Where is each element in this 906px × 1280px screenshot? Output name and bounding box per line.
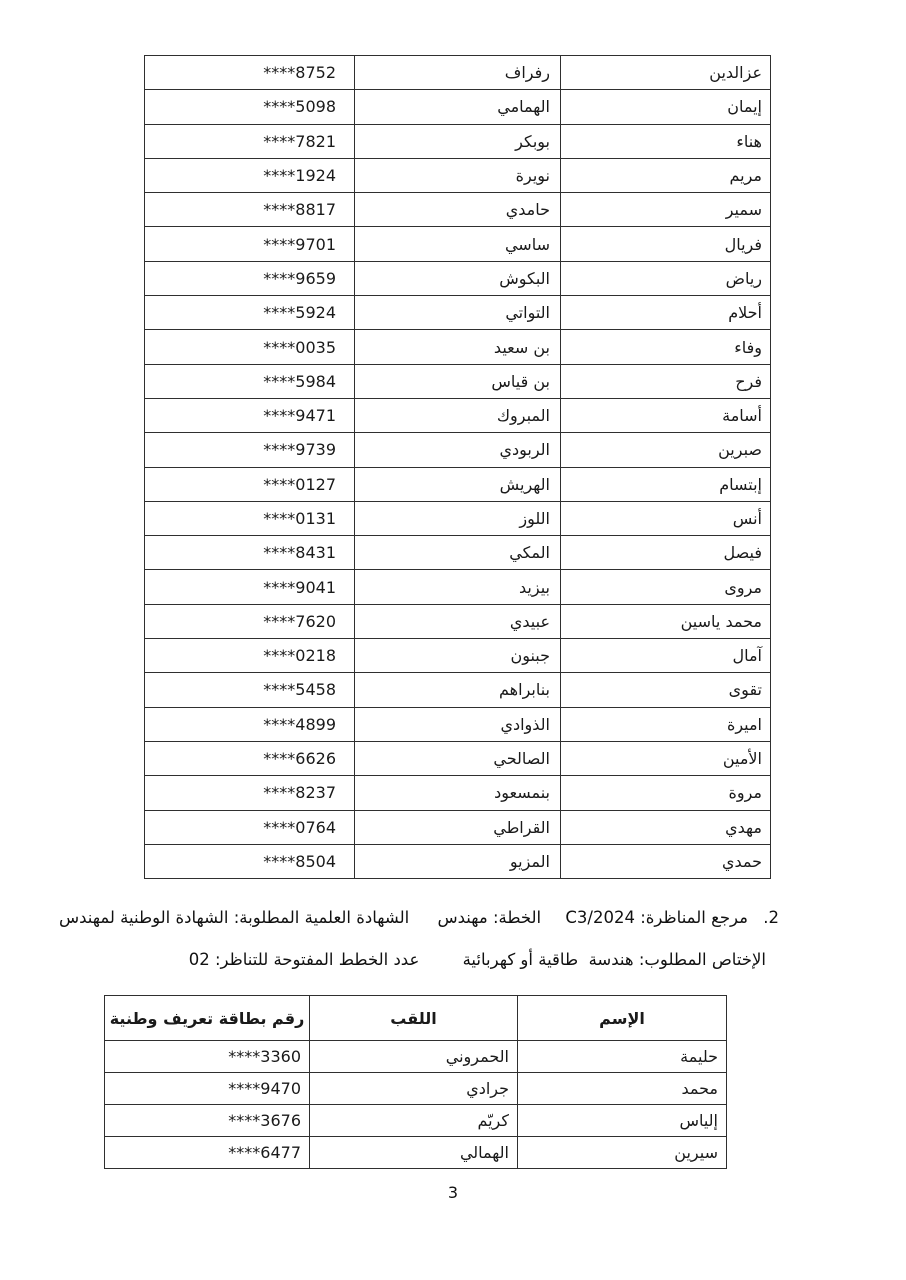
cell-first-name: فريال — [561, 227, 771, 261]
header-id-number: رقم بطاقة تعريف وطنية — [105, 996, 310, 1041]
table-row: ****5098الهماميإيمان — [145, 90, 771, 124]
cell-last-name: بنابراهم — [355, 673, 561, 707]
document-page: ****8752رفرافعزالدين****5098الهماميإيمان… — [0, 0, 906, 1280]
cell-last-name: اللوز — [355, 501, 561, 535]
cell-last-name: بنمسعود — [355, 776, 561, 810]
table-row: ****1924نويرةمريم — [145, 158, 771, 192]
cell-first-name: فيصل — [561, 536, 771, 570]
cell-first-name: اميرة — [561, 707, 771, 741]
cell-first-name: أحلام — [561, 296, 771, 330]
cell-id: ****8752 — [145, 56, 355, 90]
cell-id: ****5924 — [145, 296, 355, 330]
cell-id: ****5098 — [145, 90, 355, 124]
cell-id: ****8431 — [145, 536, 355, 570]
table-row: ****0218جبنونآمال — [145, 639, 771, 673]
cell-id: ****8237 — [145, 776, 355, 810]
table-row: ****0764القراطيمهدي — [145, 810, 771, 844]
cell-last-name: بن قياس — [355, 364, 561, 398]
table-row: ****3360الحمرونيحليمة — [105, 1041, 727, 1073]
cell-last-name: ساسي — [355, 227, 561, 261]
cell-first-name: رياض — [561, 261, 771, 295]
table-row: ****4899الذوادياميرة — [145, 707, 771, 741]
table-row: ****3676كريّمإلياس — [105, 1105, 727, 1137]
cell-id: ****9739 — [145, 433, 355, 467]
cell-last-name: رفراف — [355, 56, 561, 90]
table-row: ****0131اللوزأنس — [145, 501, 771, 535]
header-last-name: اللقب — [310, 996, 518, 1041]
cell-id: ****5458 — [145, 673, 355, 707]
cell-id: ****6477 — [105, 1137, 310, 1169]
cell-last-name: نويرة — [355, 158, 561, 192]
table-row: ****5924التواتيأحلام — [145, 296, 771, 330]
header-row: رقم بطاقة تعريف وطنية اللقب الإسم — [105, 996, 727, 1041]
cell-first-name: مهدي — [561, 810, 771, 844]
cell-first-name: أنس — [561, 501, 771, 535]
cell-last-name: عبيدي — [355, 604, 561, 638]
cell-id: ****6626 — [145, 741, 355, 775]
table-row: ****0035بن سعيدوفاء — [145, 330, 771, 364]
cell-first-name: إبتسام — [561, 467, 771, 501]
candidates-table-continued-body: ****8752رفرافعزالدين****5098الهماميإيمان… — [145, 56, 771, 879]
cell-id: ****9470 — [105, 1073, 310, 1105]
cell-id: ****0035 — [145, 330, 355, 364]
cell-first-name: صبرين — [561, 433, 771, 467]
cell-id: ****9471 — [145, 398, 355, 432]
cell-last-name: المبروك — [355, 398, 561, 432]
table-row: ****7821بوبكرهناء — [145, 124, 771, 158]
header-first-name: الإسم — [518, 996, 727, 1041]
cell-last-name: المكي — [355, 536, 561, 570]
cell-id: ****8817 — [145, 193, 355, 227]
table-row: ****6477الهماليسيرين — [105, 1137, 727, 1169]
table-row: ****8817حامديسمير — [145, 193, 771, 227]
cell-last-name: الهريش — [355, 467, 561, 501]
cell-id: ****9041 — [145, 570, 355, 604]
cell-last-name: جبنون — [355, 639, 561, 673]
section2-item-number: 2. — [763, 908, 779, 927]
candidates-table-section2-header: رقم بطاقة تعريف وطنية اللقب الإسم — [105, 996, 727, 1041]
cell-first-name: تقوى — [561, 673, 771, 707]
cell-first-name: وفاء — [561, 330, 771, 364]
table-row: ****8752رفرافعزالدين — [145, 56, 771, 90]
cell-id: ****0131 — [145, 501, 355, 535]
cell-last-name: كريّم — [310, 1105, 518, 1137]
cell-first-name: عزالدين — [561, 56, 771, 90]
section2-plan: الخطة: مهندس — [437, 908, 541, 927]
cell-first-name: إيمان — [561, 90, 771, 124]
cell-first-name: محمد — [518, 1073, 727, 1105]
section2-line2: الإختاص المطلوب: هندسة طاقية أو كهربائية… — [189, 950, 766, 969]
cell-last-name: المزيو — [355, 844, 561, 878]
section2-line1: 2. مرجع المناظرة: C3/2024 الخطة: مهندس ا… — [59, 908, 779, 927]
cell-id: ****9659 — [145, 261, 355, 295]
cell-last-name: بيزيد — [355, 570, 561, 604]
cell-id: ****8504 — [145, 844, 355, 878]
table-row: ****8237بنمسعودمروة — [145, 776, 771, 810]
table-row: ****9659البكوشرياض — [145, 261, 771, 295]
table-row: ****9701ساسيفريال — [145, 227, 771, 261]
section2-required-degree: الشهادة العلمية المطلوبة: الشهادة الوطني… — [59, 908, 409, 927]
cell-id: ****4899 — [145, 707, 355, 741]
table-row: ****9041بيزيدمروى — [145, 570, 771, 604]
table-row: ****8431المكيفيصل — [145, 536, 771, 570]
table-row: ****9739الربوديصبرين — [145, 433, 771, 467]
cell-last-name: الصالحي — [355, 741, 561, 775]
cell-last-name: جرادي — [310, 1073, 518, 1105]
table-row: ****8504المزيوحمدي — [145, 844, 771, 878]
cell-last-name: بن سعيد — [355, 330, 561, 364]
cell-first-name: إلياس — [518, 1105, 727, 1137]
cell-last-name: الهمامي — [355, 90, 561, 124]
cell-first-name: هناء — [561, 124, 771, 158]
cell-first-name: محمد ياسين — [561, 604, 771, 638]
table-row: ****6626الصالحيالأمين — [145, 741, 771, 775]
cell-first-name: الأمين — [561, 741, 771, 775]
candidates-table-section2-body: ****3360الحمرونيحليمة****9470جراديمحمد**… — [105, 1041, 727, 1169]
cell-id: ****1924 — [145, 158, 355, 192]
cell-id: ****3360 — [105, 1041, 310, 1073]
cell-id: ****0127 — [145, 467, 355, 501]
cell-id: ****7620 — [145, 604, 355, 638]
cell-last-name: الهمالي — [310, 1137, 518, 1169]
table-row: ****5984بن قياسفرح — [145, 364, 771, 398]
cell-first-name: سيرين — [518, 1137, 727, 1169]
cell-id: ****5984 — [145, 364, 355, 398]
table-row: ****7620عبيديمحمد ياسين — [145, 604, 771, 638]
cell-last-name: الحمروني — [310, 1041, 518, 1073]
page-number: 3 — [0, 1183, 906, 1202]
candidates-table-continued: ****8752رفرافعزالدين****5098الهماميإيمان… — [144, 55, 771, 879]
cell-first-name: سمير — [561, 193, 771, 227]
section2-open-posts-count: عدد الخطط المفتوحة للتناظر: 02 — [189, 950, 420, 969]
cell-last-name: الذوادي — [355, 707, 561, 741]
cell-id: ****0218 — [145, 639, 355, 673]
cell-first-name: فرح — [561, 364, 771, 398]
cell-first-name: حليمة — [518, 1041, 727, 1073]
table-row: ****5458بنابراهمتقوى — [145, 673, 771, 707]
cell-first-name: آمال — [561, 639, 771, 673]
table-row: ****9471المبروكأسامة — [145, 398, 771, 432]
cell-first-name: حمدي — [561, 844, 771, 878]
cell-last-name: بوبكر — [355, 124, 561, 158]
section2-required-specialty: الإختاص المطلوب: هندسة طاقية أو كهربائية — [463, 950, 766, 969]
cell-last-name: البكوش — [355, 261, 561, 295]
cell-last-name: الربودي — [355, 433, 561, 467]
table-row: ****9470جراديمحمد — [105, 1073, 727, 1105]
cell-first-name: أسامة — [561, 398, 771, 432]
table-row: ****0127الهريشإبتسام — [145, 467, 771, 501]
cell-last-name: القراطي — [355, 810, 561, 844]
cell-first-name: مريم — [561, 158, 771, 192]
cell-last-name: حامدي — [355, 193, 561, 227]
candidates-table-section2: رقم بطاقة تعريف وطنية اللقب الإسم ****33… — [104, 995, 727, 1169]
cell-id: ****9701 — [145, 227, 355, 261]
cell-id: ****3676 — [105, 1105, 310, 1137]
cell-id: ****0764 — [145, 810, 355, 844]
cell-first-name: مروة — [561, 776, 771, 810]
cell-id: ****7821 — [145, 124, 355, 158]
cell-last-name: التواتي — [355, 296, 561, 330]
section2-contest-reference: مرجع المناظرة: C3/2024 — [565, 908, 748, 927]
cell-first-name: مروى — [561, 570, 771, 604]
